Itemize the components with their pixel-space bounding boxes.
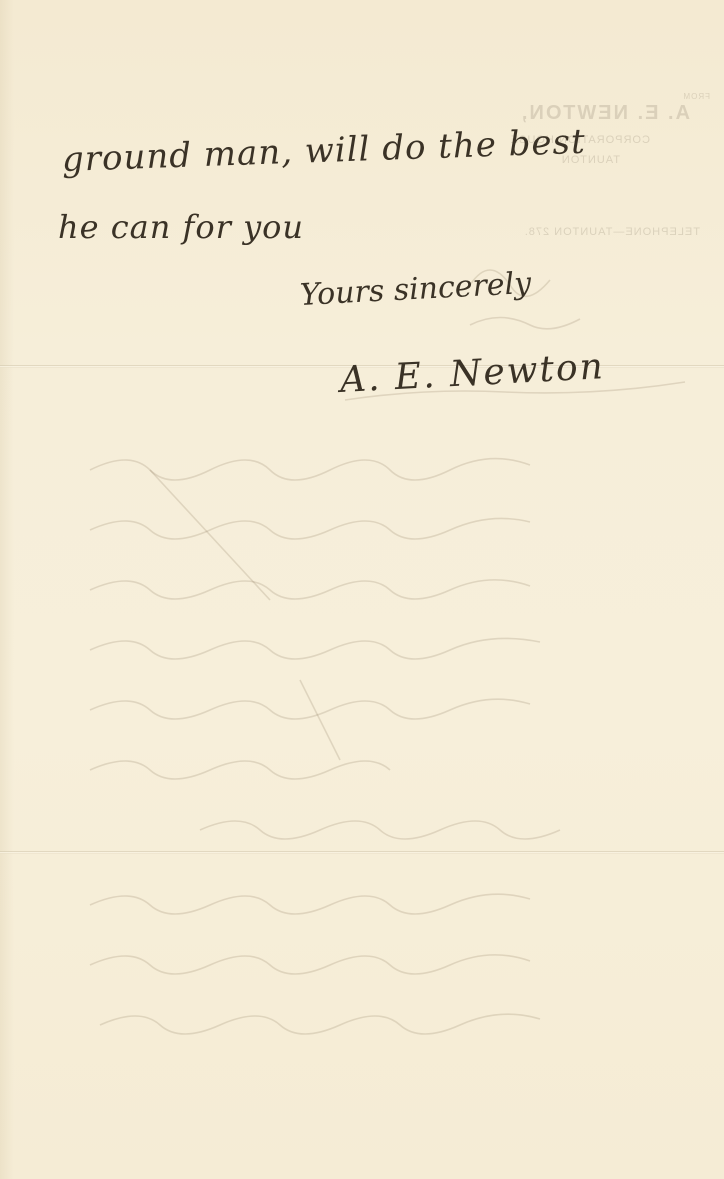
fold-line-lower (0, 851, 724, 854)
letter-body-line-2: he can for you (58, 208, 304, 246)
letterhead-telephone: TELEPHONE—TAUNTON 278. (524, 226, 700, 238)
letterhead-from: FROM (682, 92, 710, 101)
letterhead-name: A. E. NEWTON, (520, 102, 690, 125)
